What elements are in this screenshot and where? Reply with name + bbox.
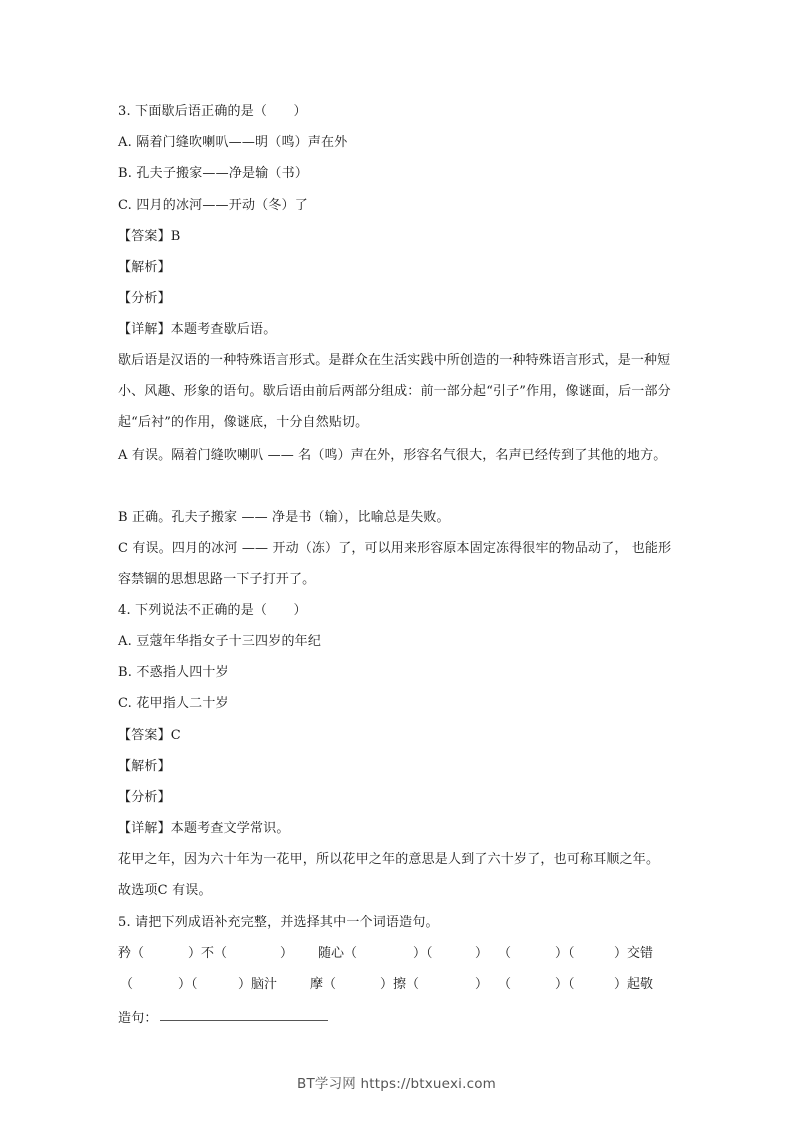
q4-explanation: 花甲之年，因为六十年为一花甲，所以花甲之年的意思是人到了六十岁了，也可称耳顺之年… bbox=[118, 852, 659, 868]
q4-option-b: B. 不惑指人四十岁 bbox=[118, 665, 229, 681]
idiom-fragment: ）不（ bbox=[188, 946, 227, 962]
q4-jiexi-heading: 【解析】 bbox=[118, 759, 171, 775]
idiom-fragment: 摩（ bbox=[310, 977, 336, 993]
idiom-fragment: 矜（ bbox=[118, 946, 144, 962]
idiom-fragment: ）起敬 bbox=[614, 977, 653, 993]
idiom-fragment: ）（ bbox=[178, 977, 198, 993]
q3-answer: 【答案】B bbox=[118, 229, 181, 245]
q3-fenxi-heading: 【分析】 bbox=[118, 291, 171, 307]
q3-xiangjie: 【详解】本题考查歇后语。 bbox=[118, 322, 276, 338]
idiom-fragment: ） bbox=[475, 977, 488, 993]
idiom-fragment: （ bbox=[498, 946, 511, 962]
q5-idiom-row-2: （ ）（ ）脑汁 摩（ ）擦（ ） （ ）（ ）起敬 bbox=[118, 977, 678, 993]
idiom-fragment: ）（ bbox=[555, 946, 575, 962]
q3-option-b: B. 孔夫子搬家——净是输（书） bbox=[118, 166, 308, 182]
document-page: 3. 下面歇后语正确的是（ ） A. 隔着门缝吹喇叭——明（鸣）声在外 B. 孔… bbox=[0, 0, 793, 1122]
q4-option-a: A. 豆蔻年华指女子十三四岁的年纪 bbox=[118, 634, 321, 650]
idiom-fragment: （ bbox=[498, 977, 511, 993]
idiom-fragment: ）擦（ bbox=[380, 977, 419, 993]
q3-analysis-a: A 有误。隔着门缝吹喇叭 —— 名（鸣）声在外，形容名气很大，名声已经传到了其他… bbox=[118, 440, 680, 471]
idiom-fragment: ）脑汁 bbox=[238, 977, 277, 993]
q3-jiexi-heading: 【解析】 bbox=[118, 260, 171, 276]
q4-xiangjie: 【详解】本题考查文学常识。 bbox=[118, 821, 290, 837]
idiom-fragment: ） bbox=[475, 946, 488, 962]
q3-stem: 3. 下面歇后语正确的是（ ） bbox=[118, 104, 307, 120]
q3-analysis-b: B 正确。孔夫子搬家 —— 净是书（输），比喻总是失败。 bbox=[118, 502, 680, 533]
q3-analysis-c: C 有误。四月的冰河 —— 开动（冻）了，可以用来形容原本固定冻得很牢的物品动了… bbox=[118, 533, 680, 595]
q4-conclusion: 故选项C 有误。 bbox=[118, 883, 212, 899]
q5-sentence-label: 造句： bbox=[118, 1011, 158, 1027]
footer-watermark: BT学习网 https://btxuexi.com bbox=[0, 1072, 793, 1092]
idiom-fragment: 随心（ bbox=[318, 946, 357, 962]
q5-stem: 5. 请把下列成语补充完整，并选择其中一个词语造句。 bbox=[118, 915, 439, 931]
idiom-fragment: ）交错 bbox=[614, 946, 653, 962]
q5-idiom-row-1: 矜（ ）不（ ） 随心（ ）（ ） （ ）（ ）交错 bbox=[118, 946, 678, 962]
q3-option-c: C. 四月的冰河——开动（冬）了 bbox=[118, 198, 308, 214]
q4-answer: 【答案】C bbox=[118, 728, 181, 744]
idiom-fragment: ）（ bbox=[555, 977, 575, 993]
idiom-fragment: ）（ bbox=[413, 946, 433, 962]
idiom-fragment: （ bbox=[120, 977, 133, 993]
sentence-answer-line[interactable] bbox=[160, 1020, 328, 1021]
q3-option-a: A. 隔着门缝吹喇叭——明（鸣）声在外 bbox=[118, 135, 347, 151]
q4-fenxi-heading: 【分析】 bbox=[118, 790, 171, 806]
q4-stem: 4. 下列说法不正确的是（ ） bbox=[118, 603, 307, 619]
idiom-fragment: ） bbox=[280, 946, 293, 962]
q3-explanation: 歇后语是汉语的一种特殊语言形式。是群众在生活实践中所创造的一种特殊语言形式，是一… bbox=[118, 345, 680, 439]
q4-option-c: C. 花甲指人二十岁 bbox=[118, 696, 229, 712]
